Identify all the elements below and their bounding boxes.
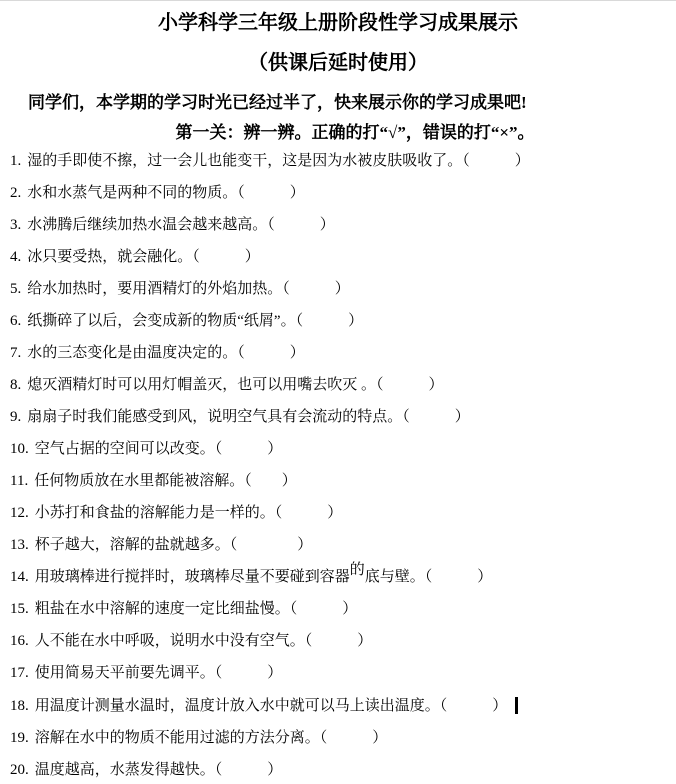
question-text: 温度越高，水蒸发得越快。（ ） <box>35 762 283 778</box>
question-row: 6.纸撕碎了以后，会变成新的物质“纸屑”。（ ） <box>10 313 676 329</box>
question-number: 14. <box>10 569 29 585</box>
question-text: 空气占据的空间可以改变。（ ） <box>35 441 283 457</box>
question-row: 17.使用简易天平前要先调平。（ ） <box>10 665 676 681</box>
question-row: 19.溶解在水中的物质不能用过滤的方法分离。（ ） <box>10 730 676 746</box>
intro-text: 同学们，本学期的学习时光已经过半了，快来展示你的学习成果吧! <box>28 93 676 113</box>
question-row: 16.人不能在水中呼吸，说明水中没有空气。（ ） <box>10 633 676 649</box>
question-number: 8. <box>10 377 21 393</box>
question-number: 1. <box>10 153 21 169</box>
question-text: 水沸腾后继续加热水温会越来越高。（ ） <box>27 217 335 233</box>
question-number: 7. <box>10 345 21 361</box>
question-text: 小苏打和食盐的溶解能力是一样的。（ ） <box>35 505 343 521</box>
question-text: 人不能在水中呼吸，说明水中没有空气。（ ） <box>35 633 373 649</box>
question-row: 15.粗盐在水中溶解的速度一定比细盐慢。（ ） <box>10 601 676 617</box>
question-row: 1.湿的手即使不擦，过一会儿也能变干，这是因为水被皮肤吸收了。（ ） <box>10 153 676 169</box>
question-number: 3. <box>10 217 21 233</box>
question-text: 水和水蒸气是两种不同的物质。（ ） <box>27 185 305 201</box>
question-number: 10. <box>10 441 29 457</box>
question-number: 6. <box>10 313 21 329</box>
question-text: 用温度计测量水温时，温度计放入水中就可以马上读出温度。（ ） <box>35 698 508 714</box>
question-text: 杯子越大，溶解的盐就越多。（ ） <box>35 537 313 553</box>
superscript-text: 的 <box>350 562 365 578</box>
question-text: 底与壁。（ ） <box>365 569 493 585</box>
page-title: 小学科学三年级上册阶段性学习成果展示 <box>0 9 676 37</box>
question-row: 11.任何物质放在水里都能被溶解。（ ） <box>10 473 676 489</box>
text-cursor[interactable] <box>515 697 518 714</box>
question-number: 9. <box>10 409 21 425</box>
question-row: 7.水的三态变化是由温度决定的。（ ） <box>10 345 676 361</box>
question-text: 溶解在水中的物质不能用过滤的方法分离。（ ） <box>35 730 388 746</box>
question-row: 4.冰只要受热，就会融化。（ ） <box>10 249 676 265</box>
document-page: 小学科学三年级上册阶段性学习成果展示 （供课后延时使用） 同学们，本学期的学习时… <box>0 0 676 784</box>
question-row: 3.水沸腾后继续加热水温会越来越高。（ ） <box>10 217 676 233</box>
question-number: 12. <box>10 505 29 521</box>
question-number: 13. <box>10 537 29 553</box>
question-row: 13.杯子越大，溶解的盐就越多。（ ） <box>10 537 676 553</box>
question-number: 5. <box>10 281 21 297</box>
question-row: 9.扇扇子时我们能感受到风，说明空气具有会流动的特点。（ ） <box>10 409 676 425</box>
question-number: 18. <box>10 698 29 714</box>
question-row: 18.用温度计测量水温时，温度计放入水中就可以马上读出温度。（ ） <box>10 697 676 714</box>
question-text: 熄灭酒精灯时可以用灯帽盖灭，也可以用嘴去吹灭 。（ ） <box>27 377 443 393</box>
question-text: 纸撕碎了以后，会变成新的物质“纸屑”。（ ） <box>27 313 363 329</box>
question-row: 10.空气占据的空间可以改变。（ ） <box>10 441 676 457</box>
page-subtitle: （供课后延时使用） <box>0 49 676 77</box>
question-row: 14.用玻璃棒进行搅拌时，玻璃棒尽量不要碰到容器的底与壁。（ ） <box>10 569 676 585</box>
question-text: 冰只要受热，就会融化。（ ） <box>27 249 260 265</box>
question-row: 20.温度越高，水蒸发得越快。（ ） <box>10 762 676 778</box>
question-number: 2. <box>10 185 21 201</box>
question-row: 8.熄灭酒精灯时可以用灯帽盖灭，也可以用嘴去吹灭 。（ ） <box>10 377 676 393</box>
section-heading: 第一关：辨一辨。正确的打“√”，错误的打“×”。 <box>0 123 676 143</box>
question-row: 5.给水加热时，要用酒精灯的外焰加热。（ ） <box>10 281 676 297</box>
question-text: 使用简易天平前要先调平。（ ） <box>35 665 283 681</box>
question-text: 给水加热时，要用酒精灯的外焰加热。（ ） <box>27 281 350 297</box>
question-number: 17. <box>10 665 29 681</box>
question-text: 任何物质放在水里都能被溶解。（ ） <box>34 473 297 489</box>
question-number: 19. <box>10 730 29 746</box>
question-list: 1.湿的手即使不擦，过一会儿也能变干，这是因为水被皮肤吸收了。（ ） 2.水和水… <box>0 153 676 778</box>
question-row: 12.小苏打和食盐的溶解能力是一样的。（ ） <box>10 505 676 521</box>
question-number: 20. <box>10 762 29 778</box>
question-number: 15. <box>10 601 29 617</box>
question-number: 4. <box>10 249 21 265</box>
question-number: 11. <box>10 473 28 489</box>
question-text: 用玻璃棒进行搅拌时，玻璃棒尽量不要碰到容器 <box>35 569 350 585</box>
question-row: 2.水和水蒸气是两种不同的物质。（ ） <box>10 185 676 201</box>
question-number: 16. <box>10 633 29 649</box>
question-text: 湿的手即使不擦，过一会儿也能变干，这是因为水被皮肤吸收了。（ ） <box>27 153 530 169</box>
question-text: 水的三态变化是由温度决定的。（ ） <box>27 345 305 361</box>
question-text: 粗盐在水中溶解的速度一定比细盐慢。（ ） <box>35 601 358 617</box>
question-text: 扇扇子时我们能感受到风，说明空气具有会流动的特点。（ ） <box>27 409 470 425</box>
